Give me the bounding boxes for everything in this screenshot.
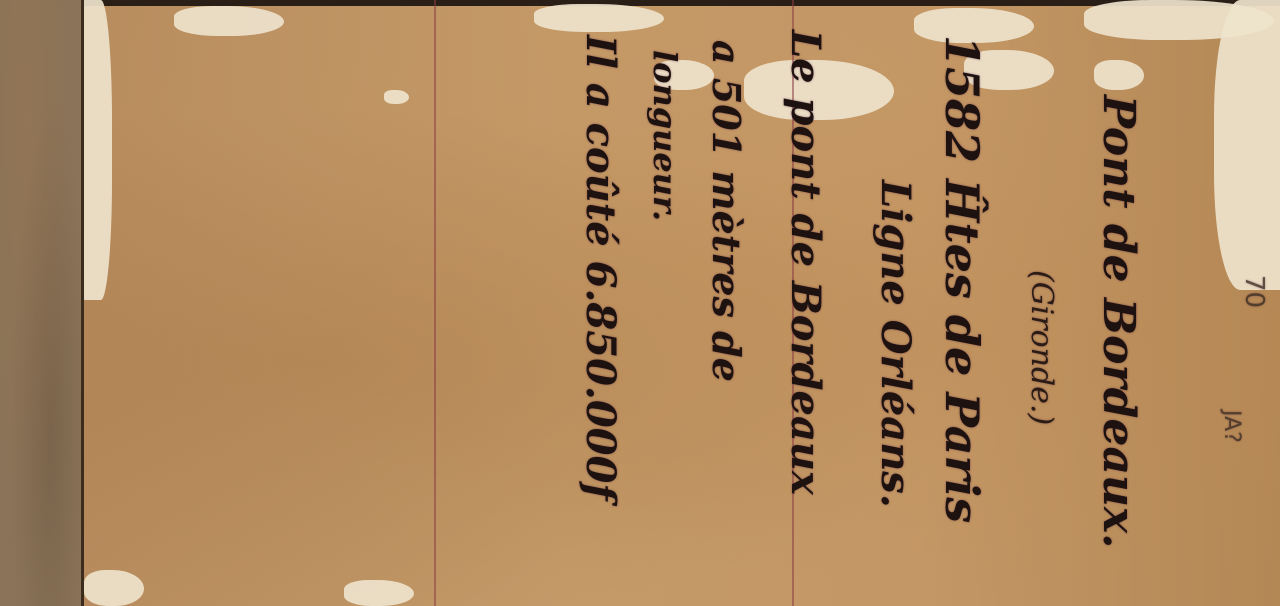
paper-loss [1214,0,1280,290]
card-back: Pont de Bordeaux. (Gironde.) 1582 Ĥtes d… [84,0,1280,606]
line-longueur: longueur. [646,50,684,221]
paper-loss [384,90,409,104]
paper-loss [84,570,144,606]
paper-loss [1084,0,1274,40]
margin-number: 70 [1239,275,1269,308]
paper-loss [84,0,112,300]
line-pont: Le pont de Bordeaux [782,30,829,495]
line-department: (Gironde.) [1024,270,1059,425]
line-metres: a 501 mètres de [704,40,749,382]
ruled-line [434,0,436,606]
line-title: Pont de Bordeaux. [1093,95,1144,549]
line-catalogue: 1582 Ĥtes de Paris [935,35,989,523]
margin-initials: JA? [1219,410,1244,443]
line-ligne: Ligne Orléans. [872,180,919,508]
line-cost: Il a coûté 6.850.000f [577,35,624,501]
paper-loss [174,6,284,36]
paper-loss [1094,60,1144,90]
card-spine-strip [0,0,83,606]
paper-loss [344,580,414,606]
paper-loss [534,4,664,32]
